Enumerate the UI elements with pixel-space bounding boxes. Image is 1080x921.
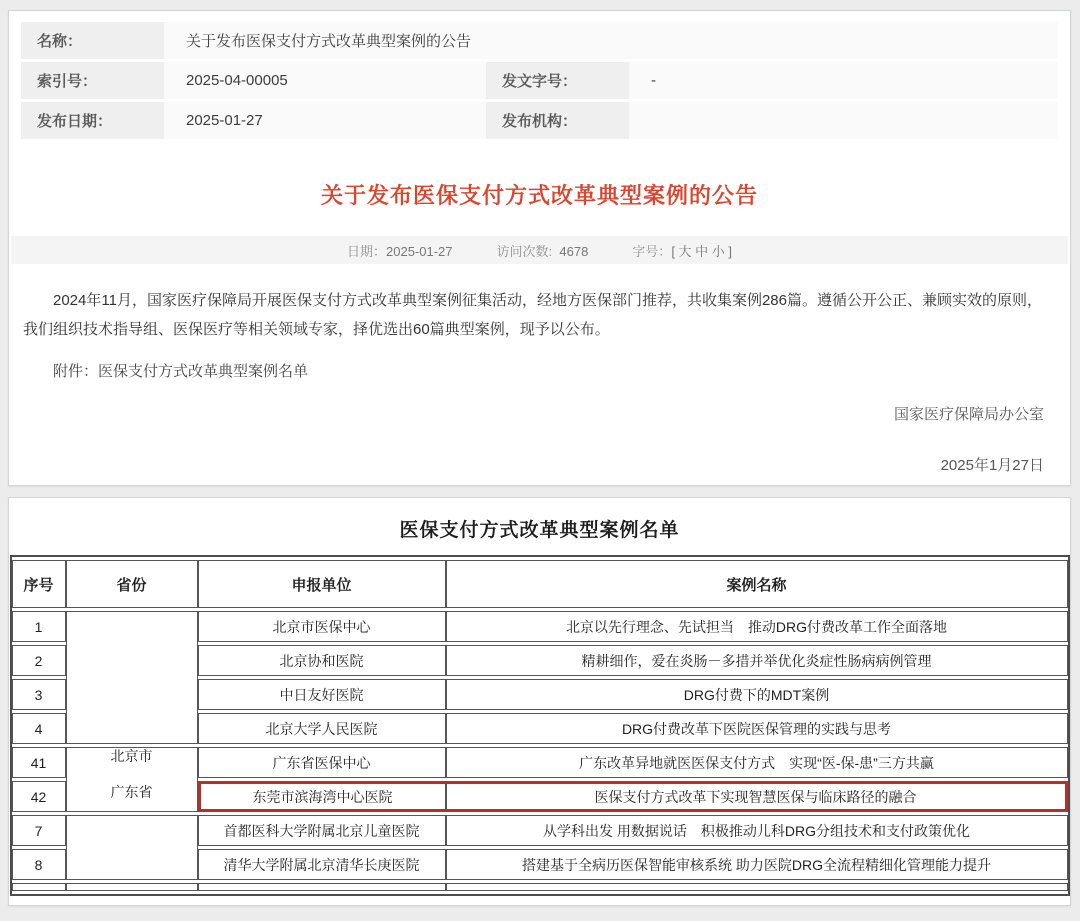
- page-title: 关于发布医保支付方式改革典型案例的公告: [9, 179, 1070, 210]
- cell-seq-no: 42: [12, 781, 66, 812]
- pub-date-value: 2025-01-27: [164, 102, 486, 139]
- document-card: 名称： 关于发布医保支付方式改革典型案例的公告 索引号： 2025-04-000…: [8, 10, 1071, 486]
- cell-unit: 东莞市滨海湾中心医院: [198, 781, 446, 812]
- name-value: 关于发布医保支付方式改革典型案例的公告: [164, 22, 1058, 59]
- column-header-0: 序号: [12, 560, 66, 608]
- doc-metadata-fields: 名称： 关于发布医保支付方式改革典型案例的公告 索引号： 2025-04-000…: [9, 11, 1070, 139]
- cell-province: [66, 815, 198, 880]
- meta-visits-value: 4678: [559, 244, 588, 259]
- cell-province: 北京市广东省: [66, 747, 198, 812]
- cell-seq-no: 7: [12, 815, 66, 846]
- cell-unit: 广东省医保中心: [198, 747, 446, 778]
- meta-date: 日期：2025-01-27: [347, 241, 453, 260]
- column-header-3: 案例名称: [446, 560, 1068, 608]
- cell-province: [66, 611, 198, 744]
- empty-cell: [446, 883, 1068, 891]
- field-row-index: 索引号： 2025-04-00005 发文字号： -: [21, 62, 1058, 99]
- pub-date-label: 发布日期：: [21, 102, 164, 139]
- case-table-body: 1北京市医保中心北京以先行理念、先试担当 推动DRG付费改革工作全面落地2北京协…: [12, 611, 1068, 891]
- meta-date-value: 2025-01-27: [386, 244, 453, 259]
- province-label: 北京市: [71, 747, 193, 766]
- cell-unit: 首都医科大学附属北京儿童医院: [198, 815, 446, 846]
- pub-org-value: [629, 102, 1058, 139]
- column-header-2: 申报单位: [198, 560, 446, 608]
- font-size-label: 字号：: [632, 244, 671, 259]
- cell-seq-no: 3: [12, 679, 66, 710]
- cell-case-name: 医保支付方式改革下实现智慧医保与临床路径的融合: [446, 781, 1068, 812]
- cell-case-name: 北京以先行理念、先试担当 推动DRG付费改革工作全面落地: [446, 611, 1068, 642]
- pub-org-label: 发布机构：: [486, 102, 629, 139]
- cell-case-name: 从学科出发 用数据说话 积极推动儿科DRG分组技术和支付政策优化: [446, 815, 1068, 846]
- meta-font-size: 字号：[ 大 中 小 ]: [632, 241, 732, 260]
- index-value: 2025-04-00005: [164, 62, 486, 99]
- signer-org: 国家医疗保障局办公室: [9, 403, 1044, 424]
- attachment-line[interactable]: 附件：医保支付方式改革典型案例名单: [23, 360, 1056, 381]
- case-list-card: 医保支付方式改革典型案例名单 序号省份申报单位案例名称 1北京市医保中心北京以先…: [8, 497, 1071, 906]
- empty-cell: [198, 883, 446, 891]
- cell-unit: 北京协和医院: [198, 645, 446, 676]
- cell-unit: 清华大学附属北京清华长庚医院: [198, 849, 446, 880]
- cell-unit: 北京大学人民医院: [198, 713, 446, 744]
- table-row: 7首都医科大学附属北京儿童医院从学科出发 用数据说话 积极推动儿科DRG分组技术…: [12, 815, 1068, 846]
- column-header-1: 省份: [66, 560, 198, 608]
- cell-unit: 北京市医保中心: [198, 611, 446, 642]
- empty-cell: [66, 883, 198, 891]
- cell-case-name: DRG付费改革下医院医保管理的实践与思考: [446, 713, 1068, 744]
- header-row: 序号省份申报单位案例名称: [12, 560, 1068, 608]
- case-table-head: 序号省份申报单位案例名称: [12, 560, 1068, 608]
- font-size-controls[interactable]: [ 大 中 小 ]: [671, 244, 732, 259]
- cell-case-name: 精耕细作，爱在炎肠－多措并举优化炎症性肠病病例管理: [446, 645, 1068, 676]
- doc-number-label: 发文字号：: [486, 62, 629, 99]
- cell-case-name: 广东改革异地就医医保支付方式 实现“医-保-患”三方共赢: [446, 747, 1068, 778]
- table-row: 1北京市医保中心北京以先行理念、先试担当 推动DRG付费改革工作全面落地: [12, 611, 1068, 642]
- index-label: 索引号：: [21, 62, 164, 99]
- cell-seq-no: 4: [12, 713, 66, 744]
- doc-number-value: -: [629, 62, 1058, 99]
- cell-seq-no: 1: [12, 611, 66, 642]
- table-row: 41北京市广东省广东省医保中心广东改革异地就医医保支付方式 实现“医-保-患”三…: [12, 747, 1068, 778]
- meta-visits: 访问次数: 4678: [497, 241, 589, 260]
- article-paragraph: 2024年11月，国家医疗保障局开展医保支付方式改革典型案例征集活动，经地方医保…: [23, 286, 1056, 344]
- cell-case-name: DRG付费下的MDT案例: [446, 679, 1068, 710]
- empty-cell: [12, 883, 66, 891]
- name-label: 名称：: [21, 22, 164, 59]
- field-row-pubdate: 发布日期： 2025-01-27 发布机构：: [21, 102, 1058, 139]
- sign-date: 2025年1月27日: [9, 454, 1044, 475]
- province-label: 广东省: [71, 782, 193, 802]
- meta-visits-label: 访问次数:: [497, 244, 553, 259]
- partial-empty-row: [12, 883, 1068, 891]
- meta-date-label: 日期：: [347, 244, 386, 259]
- cell-case-name: 搭建基于全病历医保智能审核系统 助力医院DRG全流程精细化管理能力提升: [446, 849, 1068, 880]
- cell-seq-no: 8: [12, 849, 66, 880]
- article-meta-bar: 日期：2025-01-27 访问次数: 4678 字号：[ 大 中 小 ]: [11, 236, 1068, 264]
- cell-seq-no: 2: [12, 645, 66, 676]
- cell-seq-no: 41: [12, 747, 66, 778]
- case-table: 序号省份申报单位案例名称 1北京市医保中心北京以先行理念、先试担当 推动DRG付…: [10, 555, 1070, 896]
- cell-unit: 中日友好医院: [198, 679, 446, 710]
- field-row-name: 名称： 关于发布医保支付方式改革典型案例的公告: [21, 22, 1058, 59]
- table-title: 医保支付方式改革典型案例名单: [9, 498, 1070, 542]
